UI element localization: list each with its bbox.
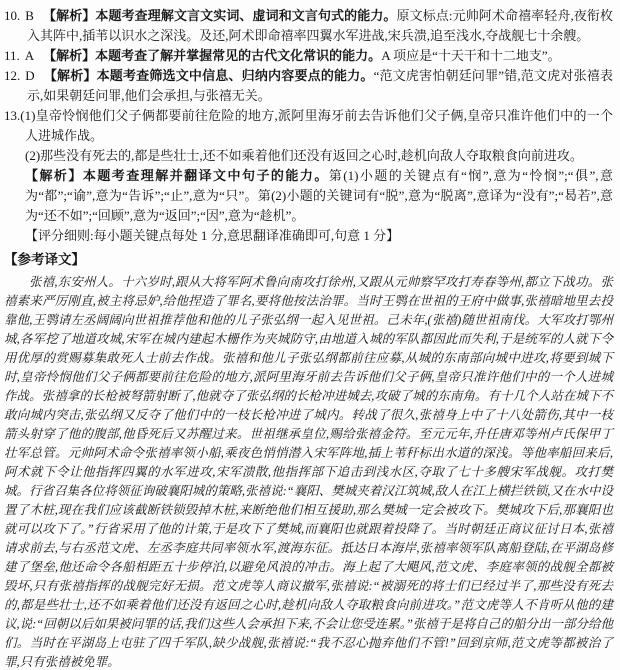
- scoring-text: 【评分细则:每小题关键点每处 1 分,意思翻译准确即可,句意 1 分】: [25, 228, 399, 243]
- answer-item-12: 12.D【解析】本题考查筛选文中信息、归纳内容要点的能力。“范文虎害怕朝廷问罪”…: [4, 66, 613, 106]
- answer-number: 13.: [4, 108, 20, 123]
- q13-part2-line: (2)那些没有死去的,都是些壮士,还不如乘着他们还没有返回之心时,趁机向敌人夺取…: [4, 146, 613, 166]
- q13-part2-text: (2)那些没有死去的,都是些壮士,还不如乘着他们还没有返回之心时,趁机向敌人夺取…: [25, 148, 583, 163]
- answer-letter: D: [25, 68, 34, 83]
- answers-section: 10.B【解析】本题考查理解文言文实词、虚词和文言句式的能力。原文标点:元帅阿术…: [4, 6, 613, 246]
- q13-scoring-note: 【评分细则:每小题关键点每处 1 分,意思翻译准确即可,句意 1 分】: [4, 226, 613, 246]
- analysis-label: 【解析】本题考查筛选文中信息、归纳内容要点的能力。: [44, 68, 374, 83]
- analysis-label: 【解析】本题考查理解并翻译文中句子的能力。: [25, 168, 329, 183]
- q13-part1-line: 13.(1)皇帝怜悯他们父子俩都要前往危险的地方,派阿里海牙前去告诉他们父子俩,…: [4, 106, 613, 146]
- q13-part1-text: (1)皇帝怜悯他们父子俩都要前往危险的地方,派阿里海牙前去告诉他们父子俩,皇帝只…: [20, 108, 613, 143]
- translation-heading: 【参考译文】: [4, 248, 613, 271]
- answer-item-10: 10.B【解析】本题考查理解文言文实词、虚词和文言句式的能力。原文标点:元帅阿术…: [4, 6, 613, 46]
- answer-key-page: 10.B【解析】本题考查理解文言文实词、虚词和文言句式的能力。原文标点:元帅阿术…: [0, 0, 620, 670]
- answer-number: 11.: [4, 48, 20, 63]
- q13-analysis-line: 【解析】本题考查理解并翻译文中句子的能力。第(1)小题的关键点有“悯”,意为“怜…: [4, 166, 613, 226]
- answer-number: 10.: [4, 8, 20, 23]
- answer-item-11: 11.A【解析】本题考查了解并掌握常见的古代文化常识的能力。A 项应是“十天干和…: [4, 46, 613, 66]
- answer-number: 12.: [4, 68, 20, 83]
- analysis-label: 【解析】本题考查理解文言文实词、虚词和文言句式的能力。: [43, 8, 397, 23]
- answer-letter: B: [25, 8, 34, 23]
- answer-item-13: 13.(1)皇帝怜悯他们父子俩都要前往危险的地方,派阿里海牙前去告诉他们父子俩,…: [4, 106, 613, 246]
- answer-letter: A: [25, 48, 34, 63]
- translation-paragraph: 张禧,东安州人。十六岁时,跟从大将军阿术鲁向南攻打徐州,又跟从元帅察罕攻打寿春等…: [4, 273, 613, 670]
- analysis-text: A 项应是“十天干和十二地支”。: [381, 48, 560, 63]
- analysis-label: 【解析】本题考查了解并掌握常见的古代文化常识的能力。: [43, 48, 381, 63]
